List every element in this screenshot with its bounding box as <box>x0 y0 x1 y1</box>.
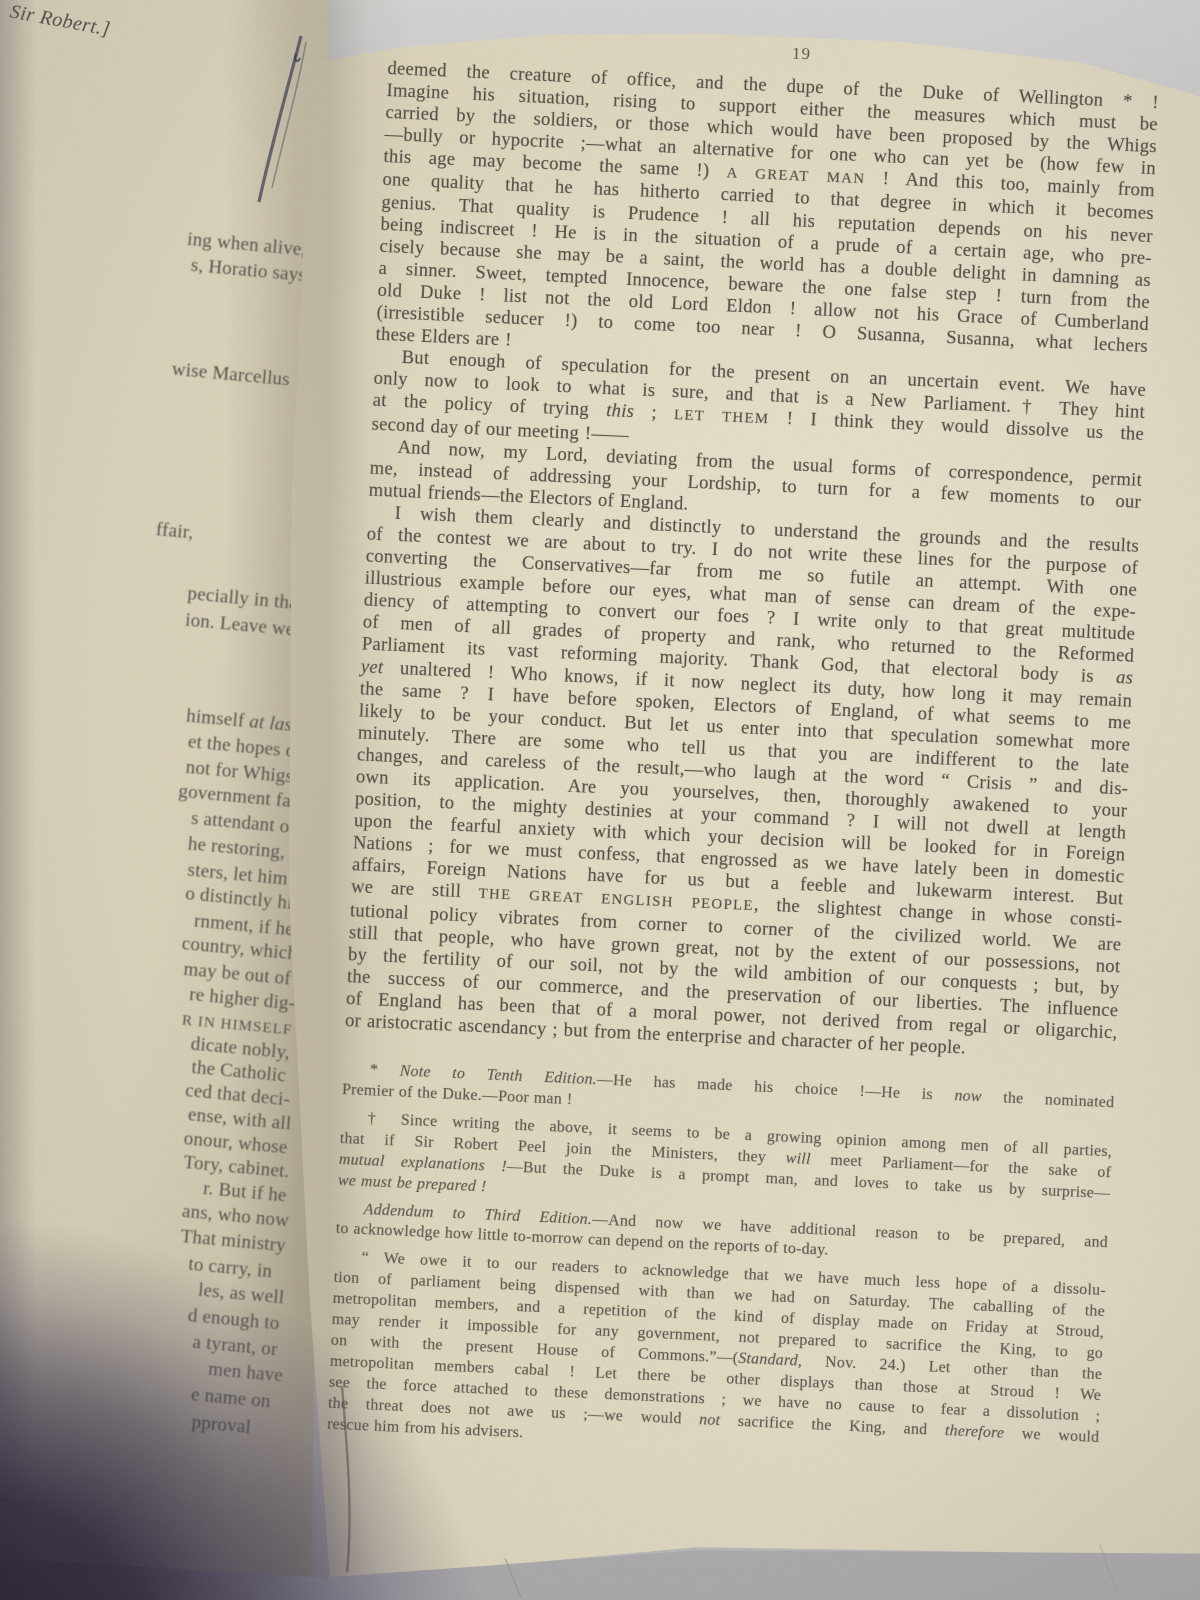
paragraph: I wish them clearly and distinctly to un… <box>345 501 1140 1066</box>
book-photo: Sir Robert.] ing when alive,s, Horatio s… <box>0 0 1200 1600</box>
facing-page-line-fragment: wise Marcellus <box>171 359 291 392</box>
page-number: 19 <box>792 44 812 65</box>
facing-page-line-fragment: pproval <box>190 1412 251 1439</box>
facing-page-line-fragment: men have <box>207 1359 284 1388</box>
facing-page-line-fragment: ion. Leave we <box>185 610 296 642</box>
paragraph: deemed the creature of office, and the d… <box>375 58 1159 380</box>
running-header-fragment: Sir Robert.] <box>8 1 112 42</box>
facing-page-line-fragment: a tyrant, or <box>191 1332 278 1362</box>
footnotes: * Note to Tenth Edition.—He has made his… <box>327 1059 1115 1469</box>
body-paragraphs: deemed the creature of office, and the d… <box>345 58 1160 1067</box>
facing-page-line-fragment: les, as well <box>197 1280 285 1310</box>
facing-page-line-fragment: ffair, <box>155 519 194 544</box>
facing-page: Sir Robert.] ing when alive,s, Horatio s… <box>0 0 328 1600</box>
facing-page-line-fragment: d enough to <box>187 1305 281 1335</box>
footnote: “ We owe it to our readers to acknowledg… <box>327 1247 1107 1469</box>
page-text-block: deemed the creature of office, and the d… <box>326 58 1159 1477</box>
facing-page-line-fragment: e name on <box>190 1384 272 1413</box>
